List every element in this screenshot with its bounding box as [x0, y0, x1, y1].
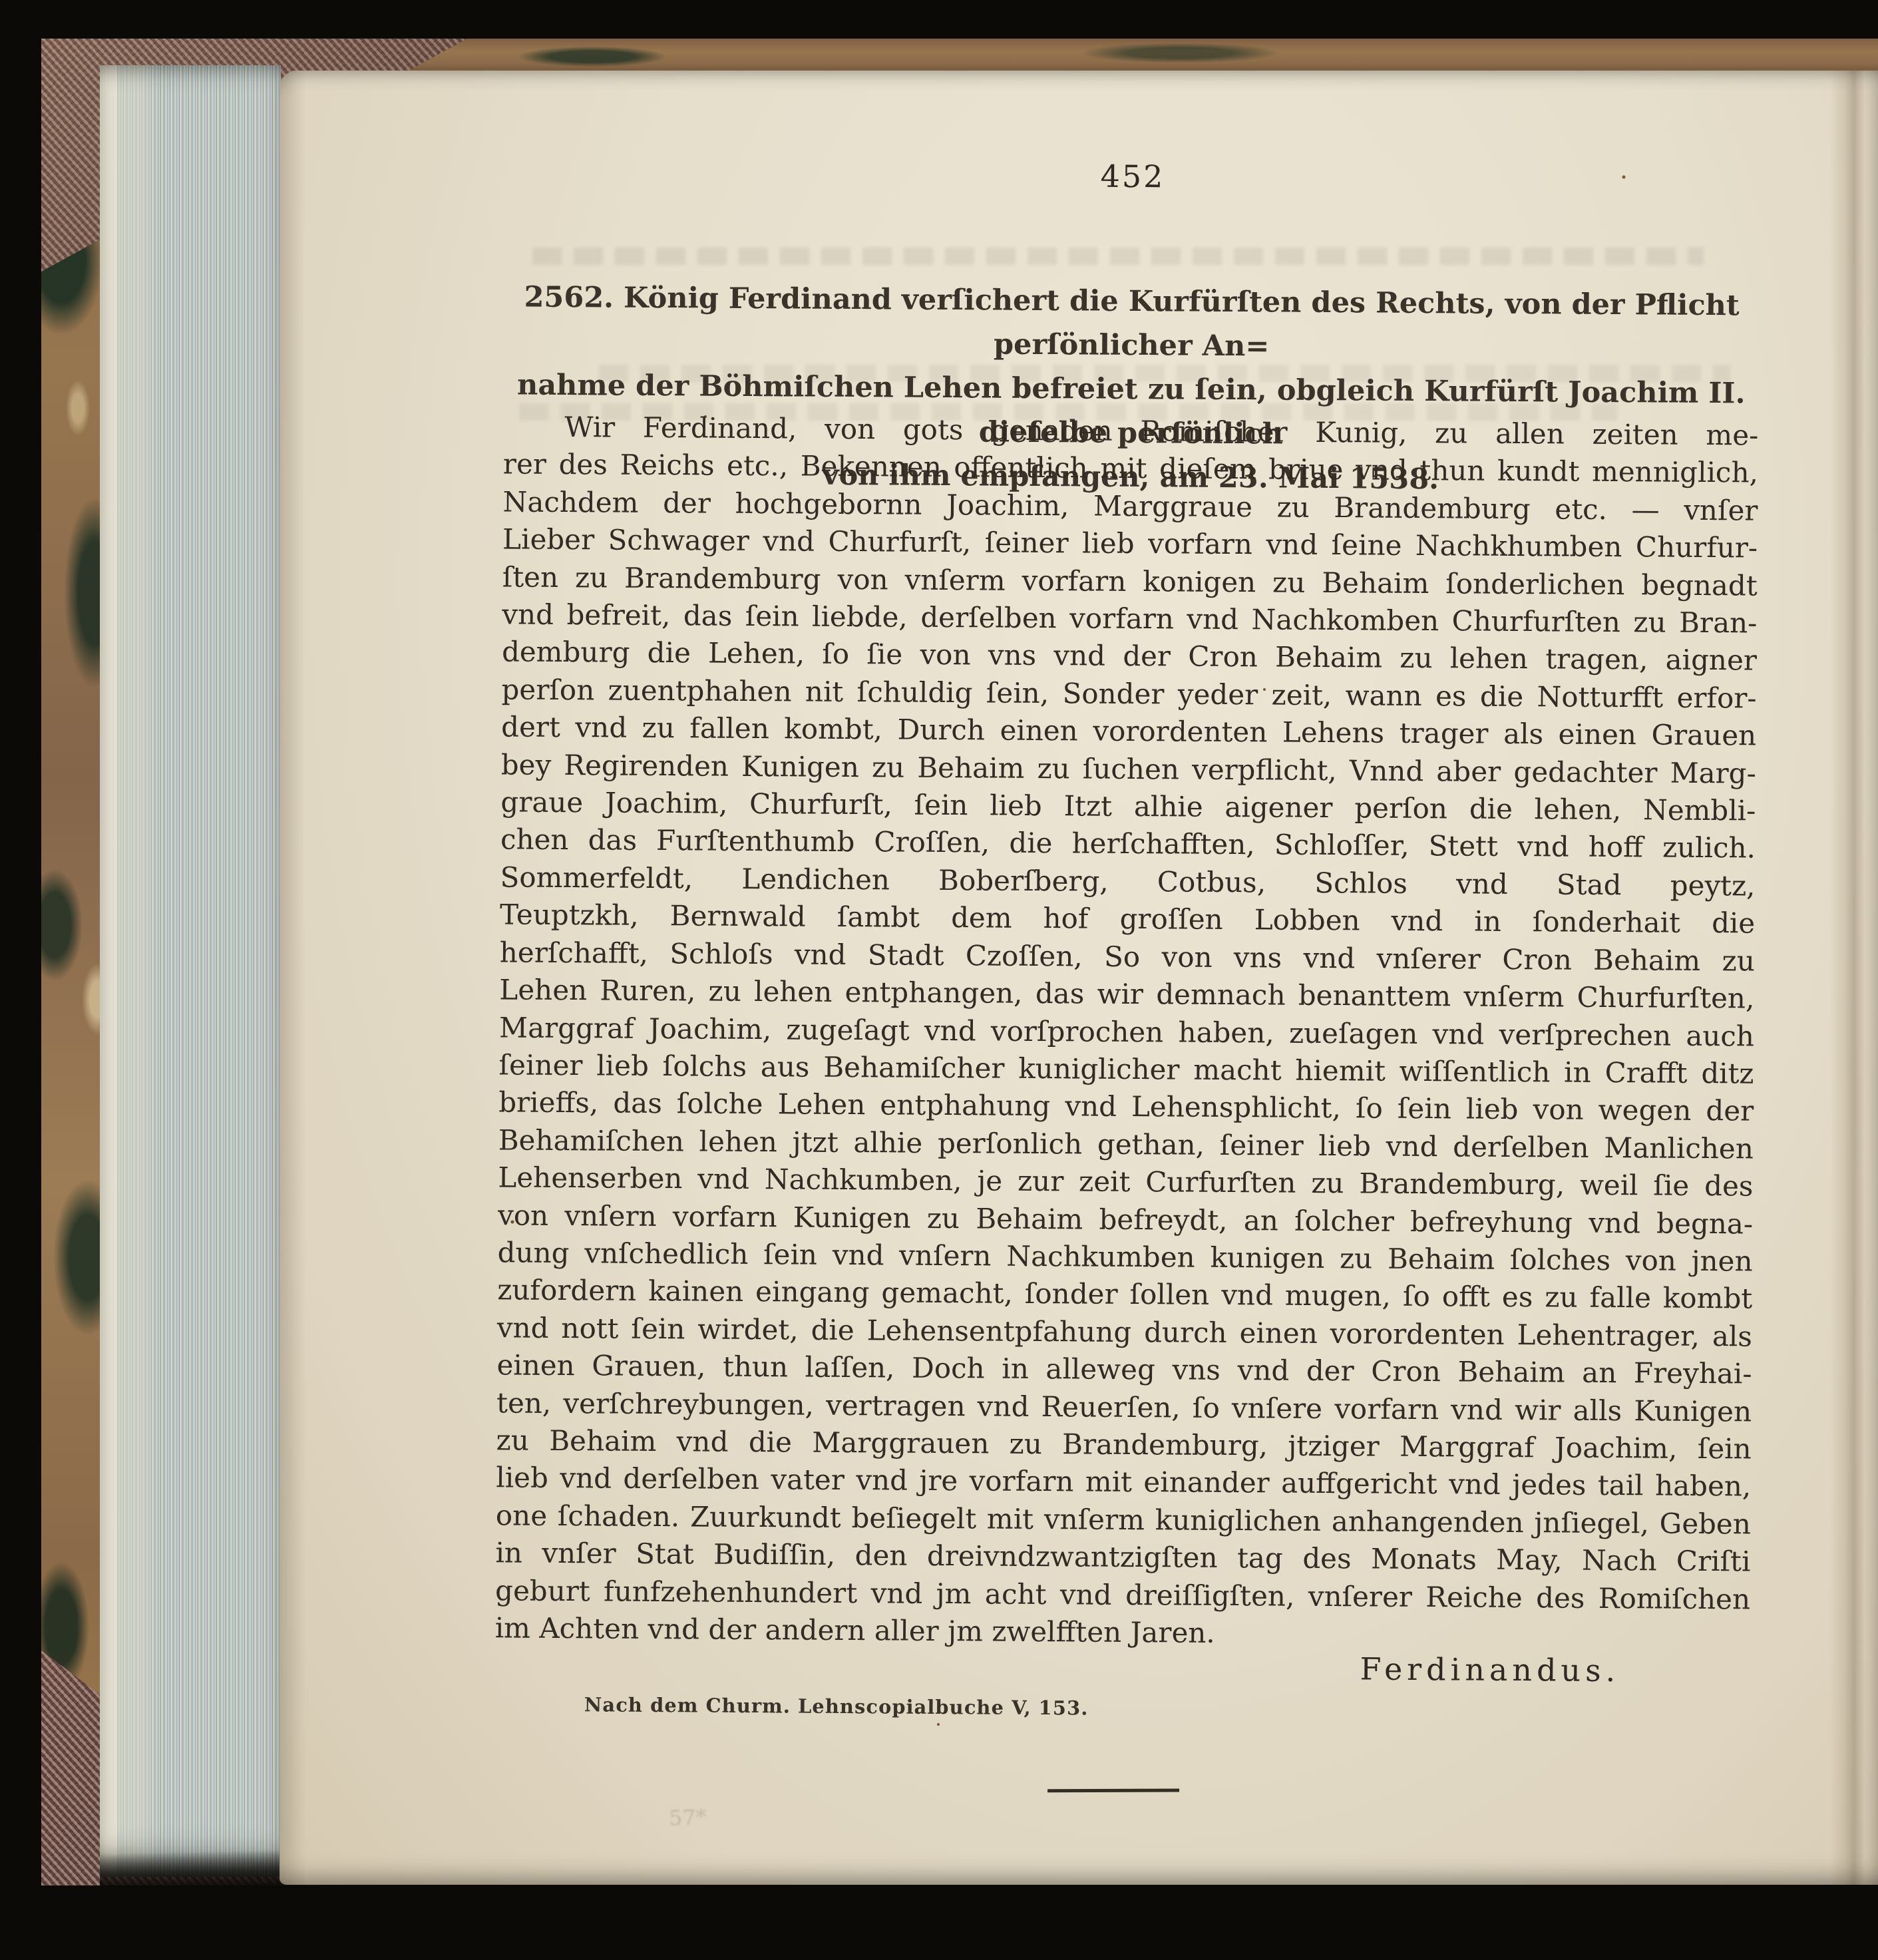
page-content: 452 2562. König Ferdinand verſichert die… — [493, 0, 1762, 1888]
scanned-book-photo: 57* 452 2562. König Ferdinand verſichert… — [0, 0, 1878, 1960]
book-cover-marbled-left — [41, 39, 108, 1885]
page-number: 452 — [505, 154, 1760, 198]
document-body: Wir Ferdinand, von gots genaden Romiſche… — [495, 408, 1759, 1656]
page-block-fore-edge — [100, 65, 281, 1877]
source-footnote: Nach dem Churm. Lehnscopialbuche V, 153. — [584, 1693, 1089, 1719]
heading-line: 2562. König Ferdinand verſichert die Kur… — [504, 275, 1760, 371]
section-end-rule — [1047, 1789, 1179, 1793]
